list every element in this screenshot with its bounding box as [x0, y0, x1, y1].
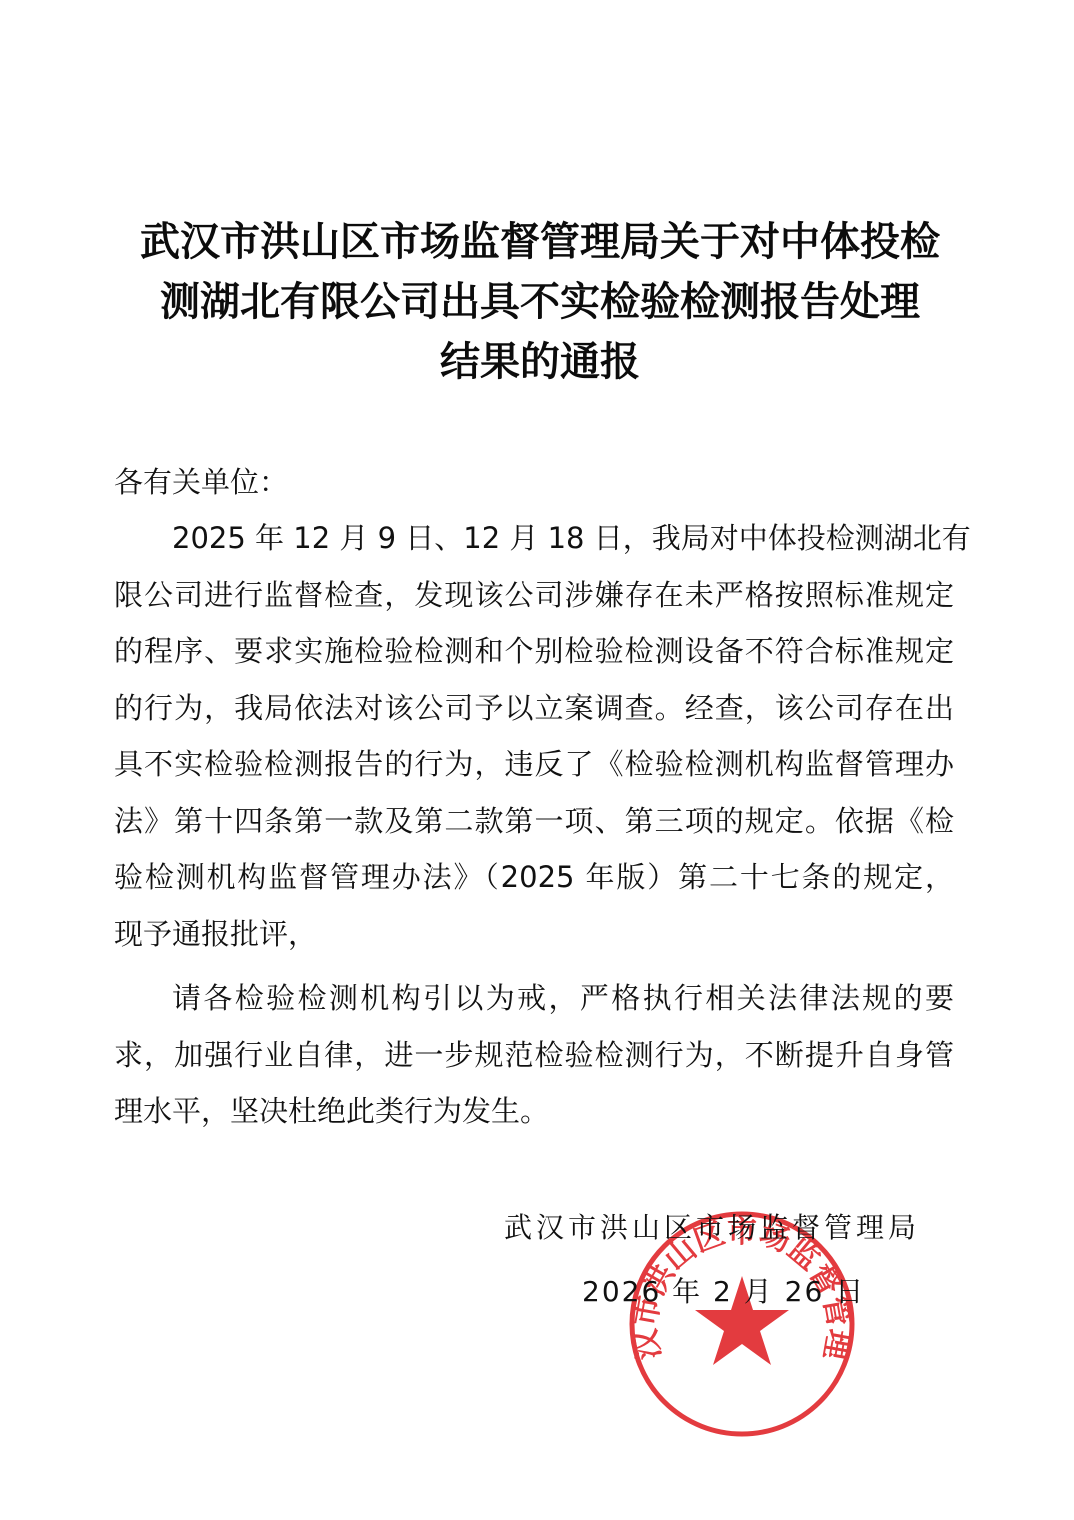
paragraph-1-line-3: 的程序、要求实施检验检测和个别检验检测设备不符合标准规定 [114, 623, 954, 680]
paragraph-1-line-7: 验检测机构监督管理办法》（2025 年版）第二十七条的规定， [114, 849, 954, 906]
paragraph-2-line-1: 请各检验检测机构引以为戒，严格执行相关法律法规的要 [114, 970, 954, 1027]
paragraph-2: 请各检验检测机构引以为戒，严格执行相关法律法规的要 求，加强行业自律，进一步规范… [114, 970, 954, 1140]
document-page: 武汉市洪山区市场监督管理局关于对中体投检 测湖北有限公司出具不实检验检测报告处理… [0, 0, 1074, 1520]
title-line-1: 武汉市洪山区市场监督管理局关于对中体投检 [100, 212, 980, 272]
paragraph-1-line-4: 的行为，我局依法对该公司予以立案调查。经查，该公司存在出 [114, 680, 954, 737]
title-line-2: 测湖北有限公司出具不实检验检测报告处理 [100, 272, 980, 332]
paragraph-1-line-2: 限公司进行监督检查，发现该公司涉嫌存在未严格按照标准规定 [114, 567, 954, 624]
issue-date: 2026 年 2 月 26 日 [582, 1272, 865, 1312]
paragraph-1-line-5: 具不实检验检测报告的行为，违反了《检验检测机构监督管理办 [114, 736, 954, 793]
paragraph-1-line-8: 现予通报批评， [114, 906, 954, 963]
paragraph-1-line-6: 法》第十四条第一款及第二款第一项、第三项的规定。依据《检 [114, 793, 954, 850]
issuer-signature: 武汉市洪山区市场监督管理局 [504, 1208, 920, 1248]
salutation: 各有关单位： [114, 458, 288, 506]
paragraph-2-line-3: 理水平，坚决杜绝此类行为发生。 [114, 1083, 954, 1140]
document-title: 武汉市洪山区市场监督管理局关于对中体投检 测湖北有限公司出具不实检验检测报告处理… [100, 212, 980, 392]
paragraph-1-line-1: 2025 年 12 月 9 日、12 月 18 日，我局对中体投检测湖北有 [114, 510, 954, 567]
paragraph-1: 2025 年 12 月 9 日、12 月 18 日，我局对中体投检测湖北有 限公… [114, 510, 954, 962]
title-line-3: 结果的通报 [100, 332, 980, 392]
paragraph-2-line-2: 求，加强行业自律，进一步规范检验检测行为，不断提升自身管 [114, 1027, 954, 1084]
